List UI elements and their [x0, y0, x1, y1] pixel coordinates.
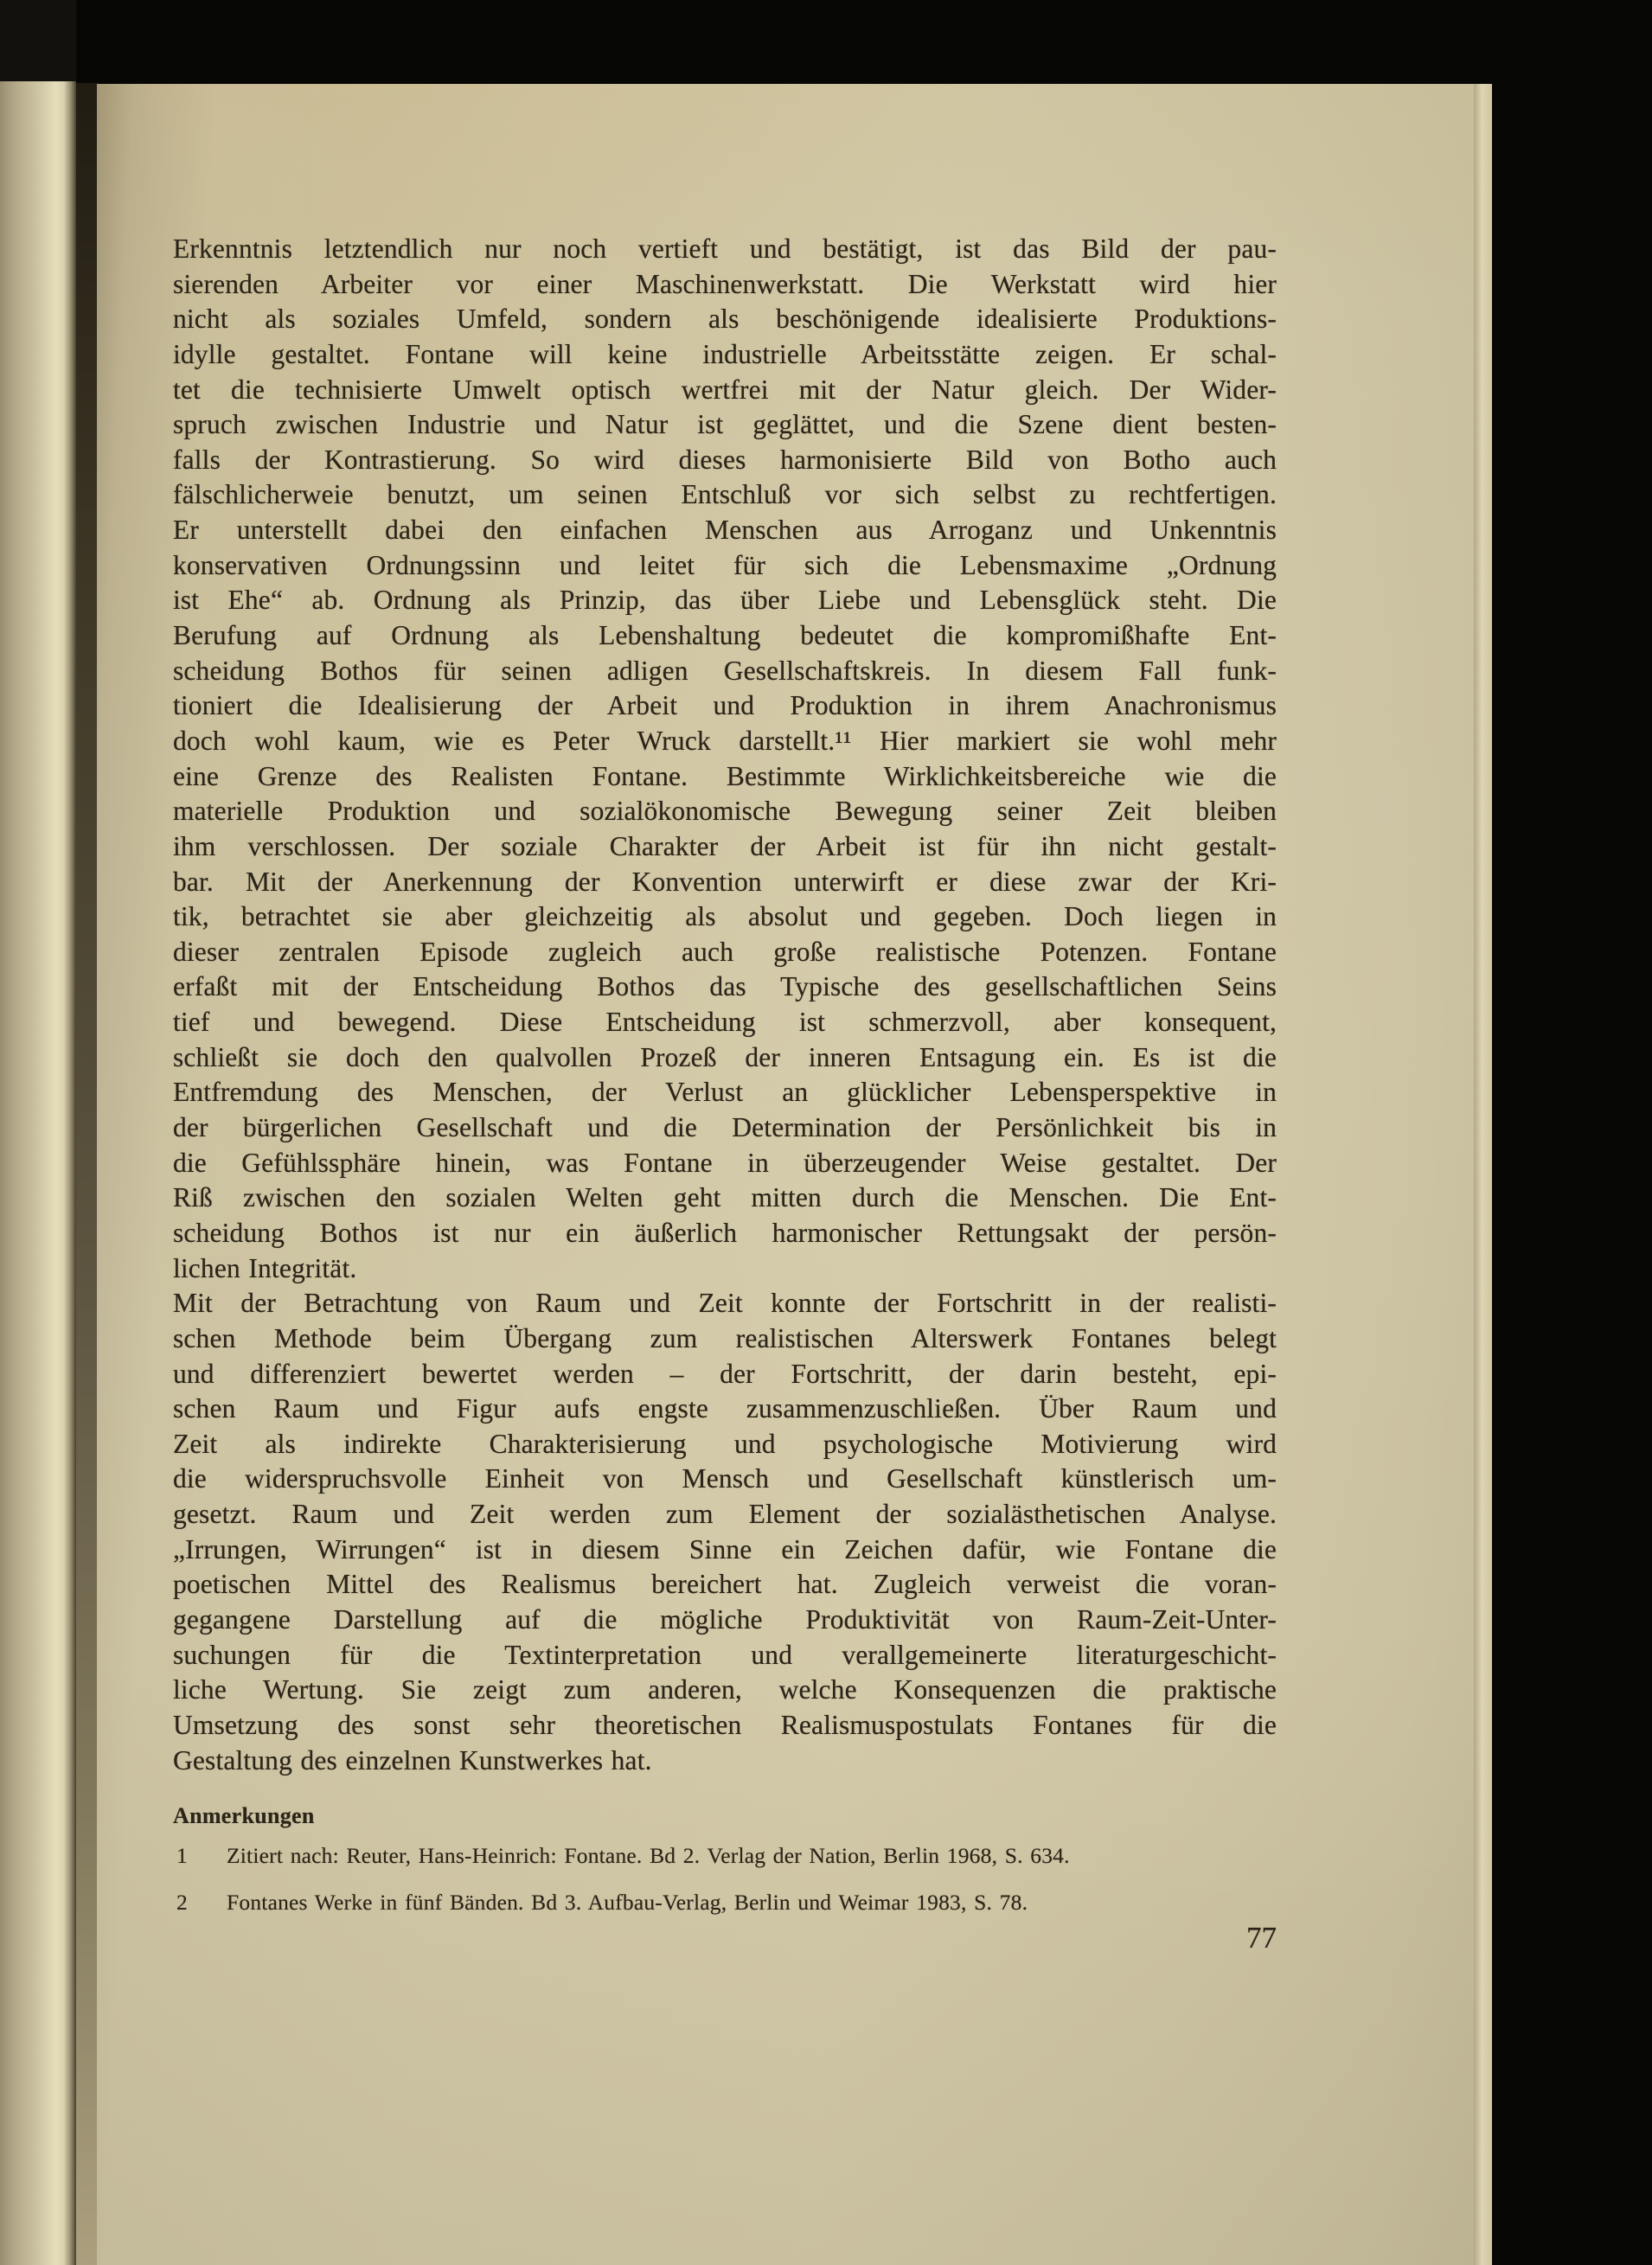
text-line: „Irrungen, Wirrungen“ ist in diesem Sinn… — [173, 1532, 1277, 1568]
text-line: Gestaltung des einzelnen Kunstwerkes hat… — [173, 1744, 1277, 1779]
text-line: die widerspruchsvolle Einheit von Mensch… — [173, 1462, 1277, 1497]
text-line: Entfremdung des Menschen, der Verlust an… — [173, 1075, 1277, 1110]
text-line: gesetzt. Raum und Zeit werden zum Elemen… — [173, 1497, 1277, 1532]
text-line: bar. Mit der Anerkennung der Konvention … — [173, 865, 1277, 900]
text-line: Mit der Betrachtung von Raum und Zeit ko… — [173, 1286, 1277, 1321]
text-line: ist Ehe“ ab. Ordnung als Prinzip, das üb… — [173, 583, 1277, 618]
page-number: 77 — [173, 1921, 1277, 1955]
text-line: lichen Integrität. — [173, 1251, 1277, 1287]
text-line: konservativen Ordnungssinn und leitet fü… — [173, 548, 1277, 584]
text-line: falls der Kontrastierung. So wird dieses… — [173, 443, 1277, 478]
footnote-text: Fontanes Werke in fünf Bänden. Bd 3. Auf… — [227, 1888, 1280, 1916]
text-line: tief und bewegend. Diese Entscheidung is… — [173, 1005, 1277, 1040]
text-line: tioniert die Idealisierung der Arbeit un… — [173, 688, 1277, 724]
text-line: Riß zwischen den sozialen Welten geht mi… — [173, 1180, 1277, 1216]
text-line: Erkenntnis letztendlich nur noch vertief… — [173, 232, 1277, 267]
notes-heading: Anmerkungen — [173, 1803, 315, 1829]
text-line: Berufung auf Ordnung als Lebenshaltung b… — [173, 618, 1277, 654]
footnote-item: 1 Zitiert nach: Reuter, Hans-Heinrich: F… — [176, 1841, 1280, 1870]
text-line: und differenziert bewertet werden – der … — [173, 1357, 1277, 1392]
text-line: erfaßt mit der Entscheidung Bothos das T… — [173, 969, 1277, 1005]
text-line: materielle Produktion und sozialökonomis… — [173, 794, 1277, 829]
text-line: schen Raum und Figur aufs engste zusamme… — [173, 1392, 1277, 1427]
text-line: fälschlicherweie benutzt, um seinen Ents… — [173, 477, 1277, 513]
text-line: scheidung Bothos für seinen adligen Gese… — [173, 654, 1277, 689]
text-line: dieser zentralen Episode zugleich auch g… — [173, 935, 1277, 970]
text-line: doch wohl kaum, wie es Peter Wruck darst… — [173, 724, 1277, 759]
text-line: der bürgerlichen Gesellschaft und die De… — [173, 1110, 1277, 1146]
text-line: eine Grenze des Realisten Fontane. Besti… — [173, 759, 1277, 795]
text-line: scheidung Bothos ist nur ein äußerlich h… — [173, 1216, 1277, 1251]
text-line: Umsetzung des sonst sehr theoretischen R… — [173, 1708, 1277, 1744]
text-line: die Gefühlssphäre hinein, was Fontane in… — [173, 1146, 1277, 1181]
text-line: tet die technisierte Umwelt optisch wert… — [173, 373, 1277, 408]
text-line: Zeit als indirekte Charakterisierung und… — [173, 1427, 1277, 1462]
text-line: idylle gestaltet. Fontane will keine ind… — [173, 337, 1277, 373]
page-right-edge — [1474, 84, 1492, 2265]
text-line: ihm verschlossen. Der soziale Charakter … — [173, 829, 1277, 865]
text-line: liche Wertung. Sie zeigt zum anderen, we… — [173, 1673, 1277, 1708]
text-line: nicht als soziales Umfeld, sondern als b… — [173, 302, 1277, 337]
gutter-shadow — [76, 83, 99, 2265]
text-line: schließt sie doch den qualvollen Prozeß … — [173, 1040, 1277, 1076]
footnote-number: 1 — [176, 1841, 227, 1870]
footnote-text: Zitiert nach: Reuter, Hans-Heinrich: Fon… — [227, 1841, 1280, 1870]
text-line: tik, betrachtet sie aber gleichzeitig al… — [173, 899, 1277, 935]
scanned-book-photo: { "colors": { "paper": "#d1c8a7", "paper… — [0, 0, 1652, 2265]
text-line: suchungen für die Textinterpretation und… — [173, 1638, 1277, 1673]
text-line: sierenden Arbeiter vor einer Maschinenwe… — [173, 267, 1277, 303]
book-page: Erkenntnis letztendlich nur noch vertief… — [97, 84, 1492, 2265]
text-line: gegangene Darstellung auf die mögliche P… — [173, 1603, 1277, 1638]
scanner-bed-corner — [0, 0, 76, 86]
text-line: poetischen Mittel des Realismus bereiche… — [173, 1567, 1277, 1603]
text-line: Er unterstellt dabei den einfachen Mensc… — [173, 513, 1277, 548]
footnote-number: 2 — [176, 1888, 227, 1916]
facing-page-edge — [0, 81, 76, 2265]
text-line: spruch zwischen Industrie und Natur ist … — [173, 407, 1277, 443]
text-line: schen Methode beim Übergang zum realisti… — [173, 1321, 1277, 1357]
body-text: Erkenntnis letztendlich nur noch vertief… — [173, 232, 1277, 1778]
footnote-item: 2 Fontanes Werke in fünf Bänden. Bd 3. A… — [176, 1888, 1280, 1916]
